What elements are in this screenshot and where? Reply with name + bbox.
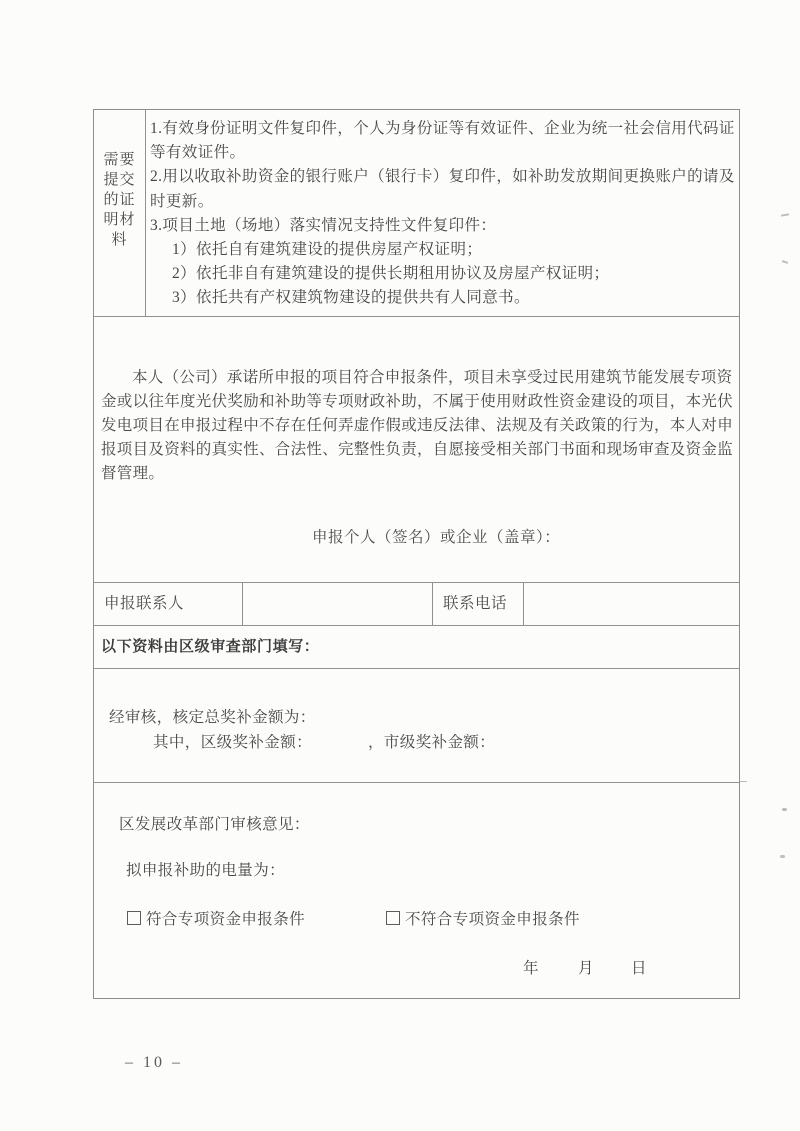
application-form-table: 需要提交的证明材料 1.有效身份证明文件复印件，个人为身份证等有效证件、企业为统… <box>93 109 740 999</box>
signature-label: 申报个人（签名）或企业（盖章）： <box>94 525 739 547</box>
scan-artifact <box>739 781 747 782</box>
review-district-amount-label: 其中，区级奖补金额： <box>153 734 312 751</box>
materials-label-line: 提交 <box>94 170 145 190</box>
materials-label-line: 的证 <box>94 190 145 210</box>
checkbox-icon[interactable] <box>127 911 141 925</box>
contact-name-field[interactable] <box>243 583 433 625</box>
electricity-label: 拟申报补助的电量为： <box>126 858 285 880</box>
commitment-line: 本人（公司）承诺所申报的项目符合申报条件，项目未享受过民用建筑节能发展专项资 <box>101 366 729 390</box>
contact-name-label: 申报联系人 <box>94 583 243 625</box>
row-approval-opinion: 区发展改革部门审核意见： 拟申报补助的电量为： 符合专项资金申报条件 不符合专项… <box>94 782 739 998</box>
row-contact: 申报联系人 联系电话 <box>94 582 739 625</box>
date-year-label: 年 <box>523 956 539 978</box>
page-number: – 10 – <box>125 1054 183 1072</box>
row-commitment: 本人（公司）承诺所申报的项目符合申报条件，项目未享受过民用建筑节能发展专项资金或… <box>94 316 739 582</box>
review-city-amount-label: ，市级奖补金额： <box>368 730 495 752</box>
materials-line: 3.项目土地（场地）落实情况支持性文件复印件： <box>150 214 733 238</box>
commitment-line: 发电项目在申报过程中不存在任何弄虚作假或违反法律、法规及有关政策的行为，本人对申 <box>101 414 729 438</box>
scan-artifact <box>782 808 787 811</box>
scan-artifact <box>782 260 788 264</box>
materials-line: 1）依托自有建筑建设的提供房屋产权证明； <box>150 238 733 262</box>
scan-artifact <box>781 213 789 216</box>
scanned-form-page: 需要提交的证明材料 1.有效身份证明文件复印件，个人为身份证等有效证件、企业为统… <box>0 0 800 1131</box>
date-month-label: 月 <box>578 956 594 978</box>
contact-phone-label: 联系电话 <box>433 583 524 625</box>
checkbox-qualified[interactable]: 符合专项资金申报条件 <box>127 907 305 929</box>
commitment-line: 督管理。 <box>101 462 729 486</box>
review-sub-amounts: 其中，区级奖补金额： ，市级奖补金额： <box>153 730 312 752</box>
date-row: 年 月 日 <box>94 956 739 978</box>
materials-line: 等有效证件。 <box>150 141 733 165</box>
scan-artifact <box>780 855 785 858</box>
materials-label-line: 需要 <box>94 150 145 170</box>
row-review-amounts: 经审核，核定总奖补金额为： 其中，区级奖补金额： ，市级奖补金额： <box>94 668 739 782</box>
commitment-line: 报项目及资料的真实性、合法性、完整性负责，自愿接受相关部门书面和现场审查及资金监 <box>101 438 729 462</box>
review-section-title: 以下资料由区级审查部门填写： <box>94 626 739 668</box>
contact-phone-field[interactable] <box>524 583 739 625</box>
checkbox-qualified-label: 符合专项资金申报条件 <box>146 911 305 928</box>
commitment-line: 金或以往年度光伏奖励和补助等专项财政补助，不属于使用财政性资金建设的项目，本光伏 <box>101 390 729 414</box>
checkbox-row: 符合专项资金申报条件 不符合专项资金申报条件 <box>94 907 739 929</box>
materials-label-line: 明材 <box>94 210 145 230</box>
date-day-label: 日 <box>631 956 647 978</box>
row-review-section-header: 以下资料由区级审查部门填写： <box>94 625 739 668</box>
checkbox-icon[interactable] <box>386 911 400 925</box>
materials-vertical-label: 需要提交的证明材料 <box>94 110 146 316</box>
checkbox-not-qualified[interactable]: 不符合专项资金申报条件 <box>386 907 580 929</box>
approval-title: 区发展改革部门审核意见： <box>119 812 310 834</box>
materials-line: 时更新。 <box>150 190 733 214</box>
review-total-amount-label: 经审核，核定总奖补金额为： <box>109 705 316 727</box>
materials-line: 2）依托非自有建筑建设的提供长期租用协议及房屋产权证明； <box>150 262 733 286</box>
materials-line: 3）依托共有产权建筑物建设的提供共有人同意书。 <box>150 286 733 310</box>
materials-line: 2.用以收取补助资金的银行账户（银行卡）复印件，如补助发放期间更换账户的请及 <box>150 165 733 189</box>
materials-lines: 1.有效身份证明文件复印件，个人为身份证等有效证件、企业为统一社会信用代码证等有… <box>146 110 739 316</box>
checkbox-not-qualified-label: 不符合专项资金申报条件 <box>405 911 580 928</box>
materials-label-line: 料 <box>94 230 145 250</box>
row-required-materials: 需要提交的证明材料 1.有效身份证明文件复印件，个人为身份证等有效证件、企业为统… <box>94 110 739 316</box>
commitment-lines: 本人（公司）承诺所申报的项目符合申报条件，项目未享受过民用建筑节能发展专项资金或… <box>94 317 739 486</box>
materials-line: 1.有效身份证明文件复印件，个人为身份证等有效证件、企业为统一社会信用代码证 <box>150 117 733 141</box>
